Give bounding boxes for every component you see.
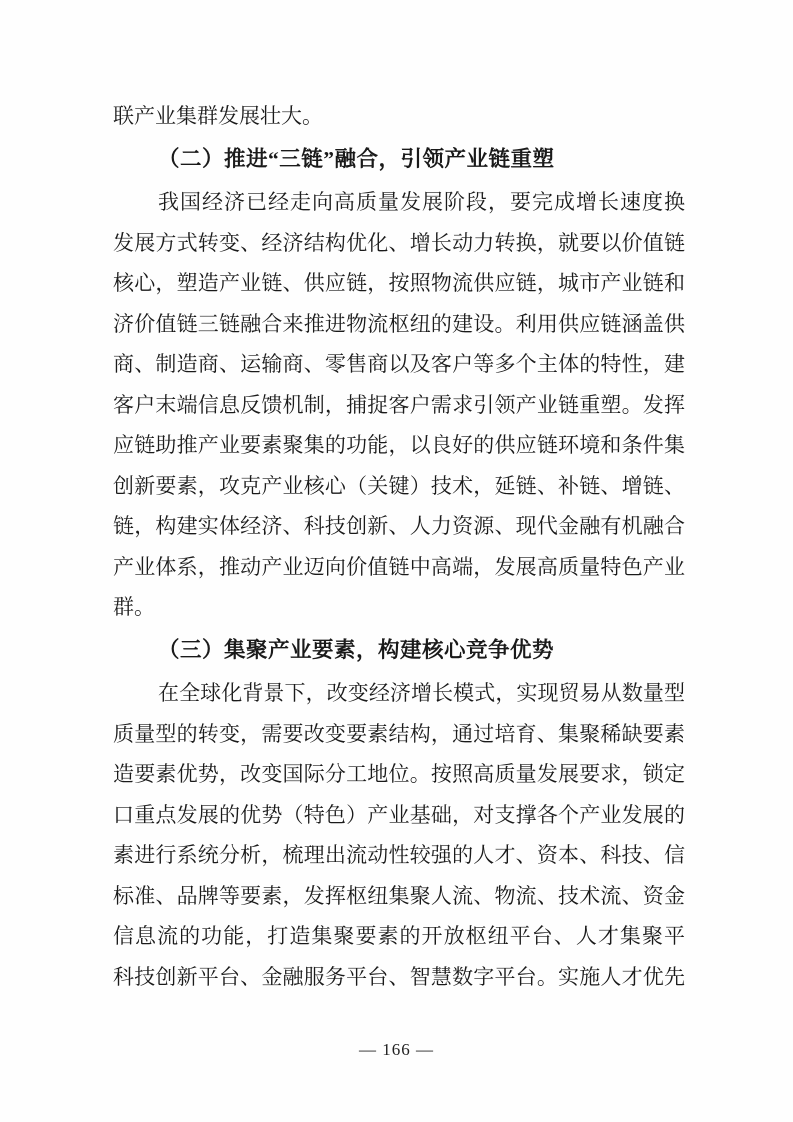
body-line: 商、制造商、运输商、零售商以及客户等多个主体的特性，建立 [113,344,685,385]
body-line: 创新要素，攻克产业核心（关键）技术，延链、补链、增链、强 [113,466,685,507]
body-line: 标准、品牌等要素，发挥枢纽集聚人流、物流、技术流、资金流、 [113,876,685,917]
body-line: 群。 [113,587,685,628]
section-3-heading: （三）集聚产业要素，构建核心竞争优势 [113,630,685,671]
body-line: 素进行系统分析，梳理出流动性较强的人才、资本、科技、信息、 [113,835,685,876]
paragraph-continuation-line: 联产业集群发展壮大。 [113,96,685,137]
body-line: 科技创新平台、金融服务平台、智慧数字平台。实施人才优先战 [113,957,685,998]
body-line: 发展方式转变、经济结构优化、增长动力转换，就要以价值链为 [113,223,685,264]
body-line: 核心，塑造产业链、供应链，按照物流供应链，城市产业链和经 [113,263,685,304]
body-line: 产业体系，推动产业迈向价值链中高端，发展高质量特色产业集 [113,547,685,588]
body-line: 在全球化背景下，改变经济增长模式，实现贸易从数量型向 [113,673,685,714]
section-2-heading: （二）推进“三链”融合，引领产业链重塑 [113,139,685,180]
body-line: 信息流的功能，打造集聚要素的开放枢纽平台、人才集聚平台、 [113,916,685,957]
body-line: 质量型的转变，需要改变要素结构，通过培育、集聚稀缺要素创 [113,714,685,755]
body-line: 造要素优势，改变国际分工地位。按照高质量发展要求，锁定营 [113,754,685,795]
page-body: 联产业集群发展壮大。 （二）推进“三链”融合，引领产业链重塑 我国经济已经走向高… [113,96,685,997]
body-line: 济价值链三链融合来推进物流枢纽的建设。利用供应链涵盖供应 [113,304,685,345]
body-line: 客户末端信息反馈机制，捕捉客户需求引领产业链重塑。发挥供 [113,385,685,426]
document-page: 联产业集群发展壮大。 （二）推进“三链”融合，引领产业链重塑 我国经济已经走向高… [0,0,793,1122]
body-line: 口重点发展的优势（特色）产业基础，对支撑各个产业发展的要 [113,795,685,836]
body-line: 应链助推产业要素聚集的功能，以良好的供应链环境和条件集聚 [113,425,685,466]
body-line: 链，构建实体经济、科技创新、人力资源、现代金融有机融合的 [113,506,685,547]
body-line: 我国经济已经走向高质量发展阶段，要完成增长速度换挡、 [113,182,685,223]
page-number: — 166 — [0,1036,793,1064]
